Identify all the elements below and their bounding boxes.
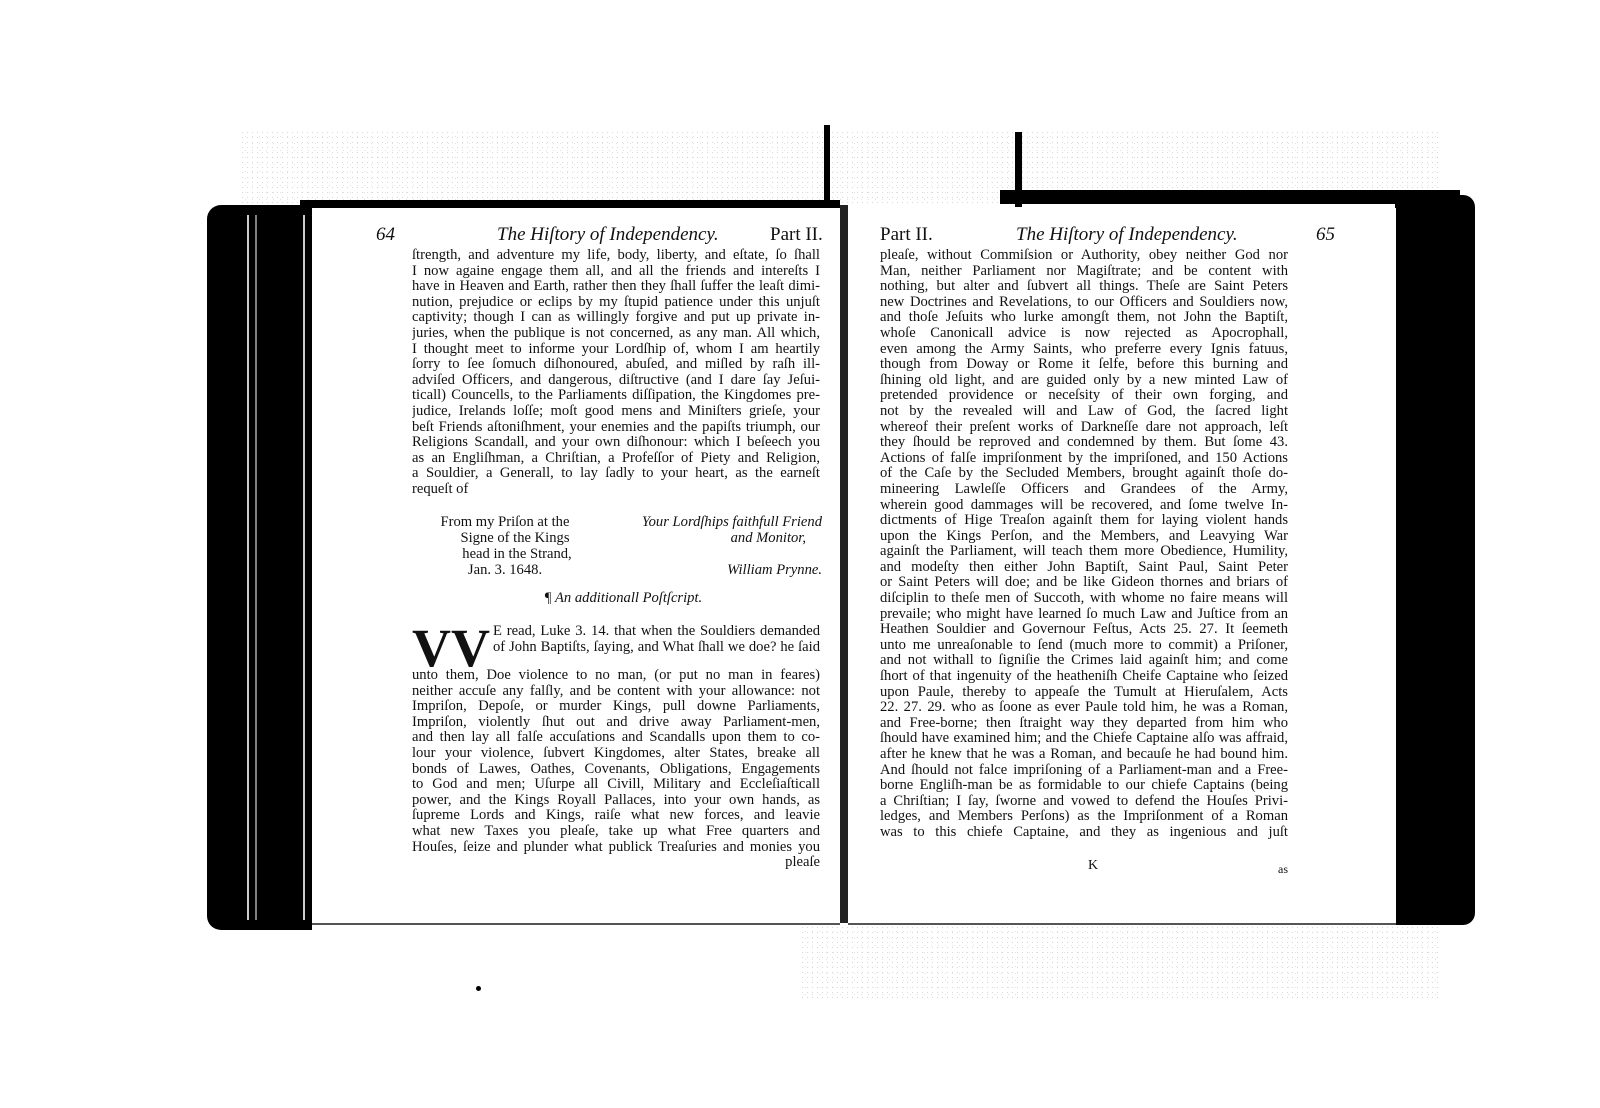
text-line: though from Doway or Rome it ſelfe, befo…	[880, 357, 1288, 373]
page-edge-line	[255, 215, 257, 920]
signature-mark: K	[1088, 858, 1098, 874]
left-body-text: ſtrength, and adventure my life, body, l…	[412, 248, 820, 498]
text-line: to God and men; Uſurpe all Civill, Milit…	[412, 777, 820, 793]
scan-speck	[476, 986, 481, 991]
text-line: wherein good dammages will be recovered,…	[880, 498, 1288, 514]
running-title: The Hiſtory of Independency.	[497, 224, 719, 246]
text-line: juries, when the publique is not concern…	[412, 326, 820, 342]
text-line: of the Caſe by the Secluded Members, bro…	[880, 466, 1288, 482]
drop-cap: VV	[412, 628, 490, 668]
page-number: 64	[376, 224, 395, 246]
text-line: judice, Irelands loſſe; moſt good mens a…	[412, 404, 820, 420]
clamp-post-left	[824, 125, 830, 207]
text-line: Religions Scandall, and your own diſhono…	[412, 435, 820, 451]
text-line: even among the Army Saints, who preferre…	[880, 342, 1288, 358]
text-line: and Free-borne; then ſtraight way they d…	[880, 716, 1288, 732]
text-line: prevaile; who might have learned ſo much…	[880, 607, 1288, 623]
page-edge-line	[303, 215, 305, 920]
text-line: captivity; though I can as willingly for…	[412, 310, 820, 326]
text-line: I now againe engage them all, and all th…	[412, 264, 820, 280]
text-line: after he knew that he was a Roman, and b…	[880, 747, 1288, 763]
text-line: ſhining old light, and are guided only b…	[880, 373, 1288, 389]
text-line: bonds of Lawes, Oathes, Covenants, Oblig…	[412, 762, 820, 778]
right-body-text: pleaſe, without Commiſsion or Authority,…	[880, 248, 1288, 841]
text-line: of John Baptiſts, ſaying, and What ſhall…	[493, 640, 820, 656]
sig-closing-line: and Monitor,	[626, 530, 822, 546]
text-line: neither accuſe any falſly, and be conten…	[412, 684, 820, 700]
left-page: 64 The Hiſtory of Independency. Part II.…	[312, 208, 840, 925]
text-line: and thoſe Jeſuits who lurke amongſt them…	[880, 310, 1288, 326]
page-edge-line	[247, 215, 249, 920]
book-cover-left	[207, 205, 312, 930]
sig-from-line: From my Priſon at the	[430, 514, 580, 530]
text-line: ſorry to ſee ſomuch diſhonoured, abuſed,…	[412, 357, 820, 373]
text-line: unto me unreaſonable to ſend (much more …	[880, 638, 1288, 654]
postscript-text: VV E read, Luke 3. 14. that when the Sou…	[412, 624, 820, 871]
catchword: pleaſe	[412, 855, 820, 871]
text-line: unto them, Doe violence to no man, (or p…	[412, 668, 820, 684]
text-line: Man, neither Parliament nor Magiſtrate; …	[880, 264, 1288, 280]
text-line: diſciplin to theſe men of Succoth, with …	[880, 591, 1288, 607]
text-line: requeſt of	[412, 482, 820, 498]
text-line: and then lay all falſe accuſations and S…	[412, 730, 820, 746]
text-line: ſhould have examined him; and the Chiefe…	[880, 731, 1288, 747]
text-line: ſupreme Lords and Kings, raiſe what new …	[412, 808, 820, 824]
text-line: Impriſon, Depoſe, or murder Kings, pull …	[412, 699, 820, 715]
text-line: borne Engliſh-man be as formidable to ou…	[880, 778, 1288, 794]
text-line: they ſhould be reproved and condemned by…	[880, 435, 1288, 451]
text-line: a Chriſtian; I ſay, ſworne and vowed to …	[880, 794, 1288, 810]
text-line: ledges, and Members Perſons) as the Impr…	[880, 809, 1288, 825]
text-line: againſt the Parliament, will teach them …	[880, 544, 1288, 560]
text-line: power, and the Kings Royall Pallaces, in…	[412, 793, 820, 809]
text-line: as an Engliſhman, a Chriſtian, a Profeſſ…	[412, 451, 820, 467]
part-label: Part II.	[880, 224, 933, 246]
text-line: Houſes, ſeize and plunder what publick T…	[412, 840, 820, 856]
text-line: Heathen Souldier and Governour Feſtus, A…	[880, 622, 1288, 638]
text-line: And ſhould not falce impriſoning of a Pa…	[880, 763, 1288, 779]
sig-from-line: Signe of the Kings	[430, 530, 580, 546]
text-line: whoſe Canonicall advice is now rejected …	[880, 326, 1288, 342]
text-line: was to this chiefe Captaine, and they as…	[880, 825, 1288, 841]
postscript-heading: ¶ An additionall Poſtſcript.	[544, 590, 702, 607]
text-line: a Souldier, a Generall, to lay ſadly to …	[412, 466, 820, 482]
text-line: not by the revealed will and Law of God,…	[880, 404, 1288, 420]
right-page: Part II. The Hiſtory of Independency. 65…	[848, 208, 1396, 925]
text-line: whereof their preſent works of Darkneſſe…	[880, 420, 1288, 436]
signature-from: From my Priſon at the Signe of the Kings…	[430, 514, 580, 578]
text-line: have in Heaven and Earth, rather then th…	[412, 279, 820, 295]
text-line: and not withall to ſigniſie the Crimes l…	[880, 653, 1288, 669]
book-gutter	[840, 205, 848, 923]
text-line: ſhort of that ingenuity of the heatheniſ…	[880, 669, 1288, 685]
text-line: pleaſe, without Commiſsion or Authority,…	[880, 248, 1288, 264]
text-line: Actions of falſe impriſonment by the imp…	[880, 451, 1288, 467]
text-line: mineering Lawleſſe Officers and Grandees…	[880, 482, 1288, 498]
text-line: Impriſon, violently ſhut out and drive a…	[412, 715, 820, 731]
catchword: as	[1278, 862, 1288, 877]
text-line: and modeſty then either John Baptiſt, Sa…	[880, 560, 1288, 576]
text-line: dictments of Hige Treaſon againſt them f…	[880, 513, 1288, 529]
text-line: beſt Friends aſtoniſhment, your enemies …	[412, 420, 820, 436]
text-line: upon Paule, thereby to appeaſe the Tumul…	[880, 685, 1288, 701]
clamp-post-right	[1015, 132, 1022, 207]
scan-noise-bottom-right	[800, 925, 1440, 1000]
text-line: new Doctrines and Revelations, to our Of…	[880, 295, 1288, 311]
running-title: The Hiſtory of Independency.	[1016, 224, 1238, 246]
text-line: what new Taxes you pleaſe, take up what …	[412, 824, 820, 840]
text-line: nution, prejudice or eclips by my ſtupid…	[412, 295, 820, 311]
sig-closing-line: Your Lordſhips faithfull Friend	[626, 514, 822, 530]
sig-from-line: Jan. 3. 1648.	[430, 562, 580, 578]
text-line: nothing, but alter and ſubvert all thing…	[880, 279, 1288, 295]
signatory-name: William Prynne.	[626, 562, 822, 578]
text-line: lour your violence, ſubvert Kingdomes, a…	[412, 746, 820, 762]
text-line: 22. 27. 29. who as ſoone as ever Paule t…	[880, 700, 1288, 716]
text-line: or Saint Peters will doe; and be like Gi…	[880, 575, 1288, 591]
part-label: Part II.	[770, 224, 823, 246]
text-line: ticall) Councells, to the Parliaments di…	[412, 388, 820, 404]
page-number: 65	[1316, 224, 1335, 246]
signature-closing: Your Lordſhips faithfull Friend and Moni…	[626, 514, 822, 578]
book-top-edge-left	[300, 200, 840, 208]
text-line: upon the Kings Perſon, and the Members, …	[880, 529, 1288, 545]
text-line: I thought meet to informe your Lordſhip …	[412, 342, 820, 358]
text-line: ſtrength, and adventure my life, body, l…	[412, 248, 820, 264]
book-top-edge-right	[1000, 190, 1460, 204]
book-cover-right	[1395, 195, 1475, 925]
text-line: pretended providence or neceſsity of the…	[880, 388, 1288, 404]
text-line: adviſed Officers, and dangerous, diſtruc…	[412, 373, 820, 389]
text-line: E read, Luke 3. 14. that when the Souldi…	[493, 624, 820, 640]
sig-from-line: head in the Strand,	[430, 546, 580, 562]
